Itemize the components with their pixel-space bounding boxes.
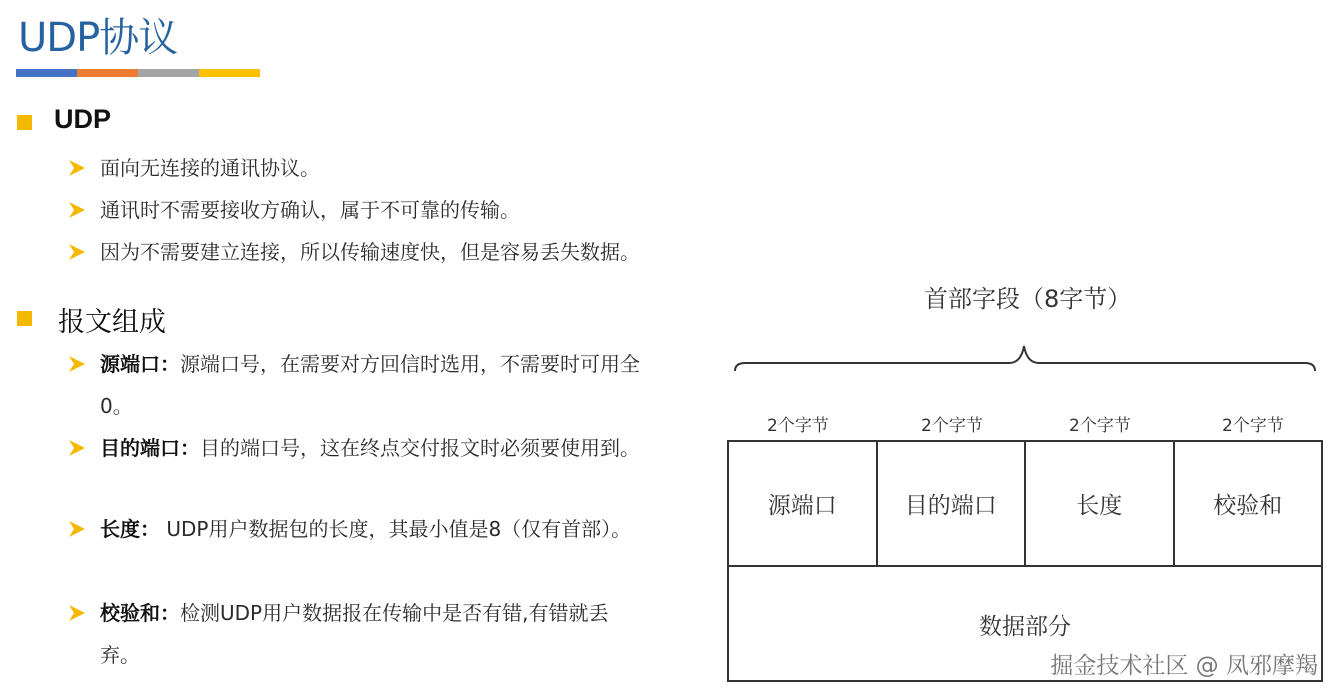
list-item: 因为不需要建立连接，所以传输速度快，但是容易丢失数据。 bbox=[68, 231, 640, 273]
field-source-port: 源端口 bbox=[729, 442, 878, 565]
field-length: 长度 bbox=[1026, 442, 1175, 565]
list-item-checksum: 校验和：检测UDP用户数据报在传输中是否有错,有错就丢弃。 bbox=[68, 592, 640, 676]
section-title-message-format: 报文组成 bbox=[58, 300, 166, 339]
square-bullet-icon bbox=[17, 311, 32, 326]
slide-title: UDP协议 bbox=[18, 6, 177, 63]
udp-datagram-diagram: 源端口 目的端口 长度 校验和 数据部分 bbox=[727, 440, 1323, 682]
header-row: 源端口 目的端口 长度 校验和 bbox=[729, 442, 1321, 567]
square-bullet-icon bbox=[17, 115, 32, 130]
list-item: 面向无连接的通讯协议。 bbox=[68, 147, 320, 189]
watermark: 掘金技术社区 @ 凤邪摩羯 bbox=[1050, 647, 1318, 680]
curly-brace-icon bbox=[733, 340, 1317, 374]
arrow-bullet-icon bbox=[68, 427, 90, 469]
field-checksum: 校验和 bbox=[1175, 442, 1322, 565]
byte-size-label: 2个字节 bbox=[767, 411, 829, 436]
section-title-udp: UDP bbox=[54, 104, 111, 135]
byte-size-label: 2个字节 bbox=[1069, 411, 1131, 436]
arrow-bullet-icon bbox=[68, 343, 90, 385]
byte-size-label: 2个字节 bbox=[921, 411, 983, 436]
field-dest-port: 目的端口 bbox=[878, 442, 1027, 565]
arrow-bullet-icon bbox=[68, 189, 90, 231]
list-item-length: 长度： UDP用户数据包的长度，其最小值是8（仅有首部）。 bbox=[68, 508, 640, 550]
underline-segment-yellow bbox=[199, 69, 260, 77]
arrow-bullet-icon bbox=[68, 231, 90, 273]
list-item-source-port: 源端口：源端口号，在需要对方回信时选用，不需要时可用全0。 bbox=[68, 343, 640, 427]
arrow-bullet-icon bbox=[68, 147, 90, 189]
title-underline bbox=[16, 69, 260, 77]
underline-segment-orange bbox=[77, 69, 138, 77]
arrow-bullet-icon bbox=[68, 508, 90, 550]
arrow-bullet-icon bbox=[68, 592, 90, 634]
list-item-dest-port: 目的端口：目的端口号，这在终点交付报文时必须要使用到。 bbox=[68, 427, 640, 469]
byte-size-label: 2个字节 bbox=[1222, 411, 1284, 436]
header-fields-label: 首部字段（8字节） bbox=[924, 279, 1131, 314]
list-item: 通讯时不需要接收方确认，属于不可靠的传输。 bbox=[68, 189, 520, 231]
underline-segment-blue bbox=[16, 69, 77, 77]
underline-segment-gray bbox=[138, 69, 199, 77]
